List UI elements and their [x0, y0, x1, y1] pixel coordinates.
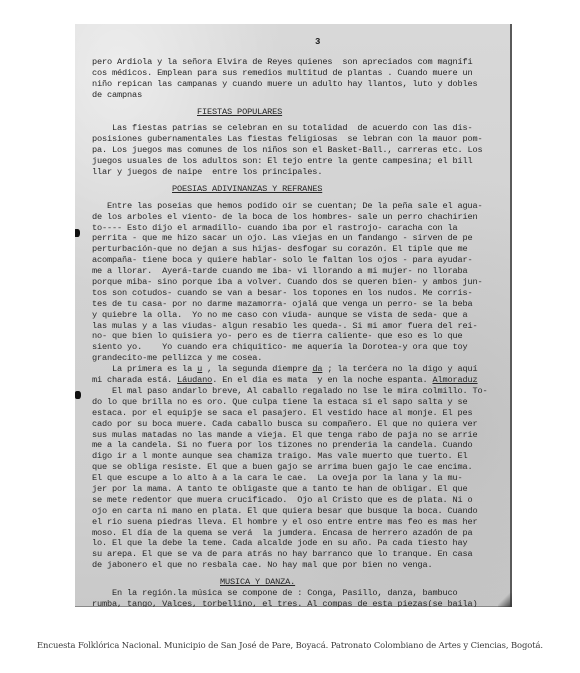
- proverb-line: de jabonero el que no resbala cae. No ha…: [92, 560, 504, 571]
- poesias-line: tos son cotudos- cuando se van a besar- …: [92, 288, 504, 299]
- musica-line: rumba, tango, Valces, torbellino, el tre…: [92, 599, 504, 607]
- proverb-line: el rio suena piedras lleva. El hombre y …: [92, 517, 504, 528]
- margin-ink-mark: [75, 391, 81, 399]
- riddle-answer: Almoraduz: [433, 375, 478, 385]
- margin-ink-mark: [75, 229, 80, 237]
- section-heading-fiestas: FIESTAS POPULARES: [92, 107, 504, 118]
- poesias-line: perrita - que me hizo sacar un ojo. Las …: [92, 233, 504, 244]
- riddle-line: La primera es la u , la segunda diempre …: [92, 364, 504, 375]
- proverb-line: sus mulas matadas no las mande a vieja. …: [92, 430, 504, 441]
- section-heading-musica: MUSICA Y DANZA.: [92, 577, 504, 588]
- proverb-line: El mal paso andarlo breve, Al caballo re…: [92, 386, 504, 397]
- poesias-line: me a llorar. Ayerá-tarde cuando me iba- …: [92, 266, 504, 277]
- proverb-line: que se obliga resiste. El que a buen gaj…: [92, 462, 504, 473]
- riddle-answer: Láudano: [177, 375, 212, 385]
- section-heading-poesias: POESIAS ADIVINANZAS Y REFRANES: [92, 184, 504, 195]
- intro-line: pero Ardiola y la señora Elvira de Reyes…: [92, 57, 504, 68]
- poesias-line: perturbación-que no dejan a sus hijas- d…: [92, 244, 504, 255]
- page-number: 3: [315, 37, 320, 47]
- poesias-line: y quiebre la olla. Yo no me caso con viu…: [92, 310, 504, 321]
- musica-line: En la región.la música se compone de : C…: [92, 588, 504, 599]
- fiestas-line: juegos usuales de los adultos son: El te…: [92, 156, 504, 167]
- poesias-line: acompaña- tiene boca y quiere hablar- so…: [92, 255, 504, 266]
- poesias-line: de los arboles el viento- de la boca de …: [92, 212, 504, 223]
- proverb-line: estaca. por el equipje se saca el pasaje…: [92, 408, 504, 419]
- proverb-line: me a la candela. Si no fuera por los tiz…: [92, 440, 504, 451]
- poesias-line: Entre las poseias que hemos podido oir s…: [92, 201, 504, 212]
- poesias-line: grandecito-me pellizca y me cosea.: [92, 353, 504, 364]
- fiestas-line: llar y juegos de naipe entre los princip…: [92, 167, 504, 178]
- fiestas-line: pa. Los juegos mas comunes de los niños …: [92, 145, 504, 156]
- proverb-line: se mete redentor que muera crucificado. …: [92, 495, 504, 506]
- proverb-line: ojo en carta ni mano en plata. El que qu…: [92, 506, 504, 517]
- proverb-line: digo ir a l monte aunque sea chamiza tra…: [92, 451, 504, 462]
- poesias-line: las mulas y a las viudas- algun resabio …: [92, 321, 504, 332]
- riddle-line: mi charada está. Láudano. En el dia es m…: [92, 375, 504, 386]
- image-caption: Encuesta Folklórica Nacional. Municipio …: [0, 640, 580, 650]
- intro-line: cos médicos. Emplean para sus remedios m…: [92, 68, 504, 79]
- intro-line: niño repican las campanas y cuando muere…: [92, 79, 504, 90]
- proverb-line: su arepa. El que se va de para atrás no …: [92, 549, 504, 560]
- poesias-line: no- que bien lo quisiera yo- pero es de …: [92, 331, 504, 342]
- proverb-line: jer por la mama. A tanto te obligaste qu…: [92, 484, 504, 495]
- poesias-line: siento yo. Yo cuando era chiquitico- me …: [92, 342, 504, 353]
- poesias-line: tes de tu casa- por no darme mazamorra- …: [92, 299, 504, 310]
- proverb-line: do lo que brilla no es oro. Que culpa ti…: [92, 397, 504, 408]
- proverb-line: moso. El día de la quema se verá la jumd…: [92, 528, 504, 539]
- proverb-line: cado por su boca muere. Cada caballo bus…: [92, 419, 504, 430]
- scanned-document-page: 3 pero Ardiola y la señora Elvira de Rey…: [75, 24, 512, 607]
- fiestas-line: posisiones gubernamentales Las fiestas f…: [92, 134, 504, 145]
- poesias-line: porque miba- sino porque iba a volver. C…: [92, 277, 504, 288]
- intro-line: de campnas: [92, 90, 504, 101]
- typed-text-body: pero Ardiola y la señora Elvira de Reyes…: [92, 57, 504, 607]
- proverb-line: El que escupe a lo alto à a la cara le c…: [92, 473, 504, 484]
- proverb-line: lo. El que la debe la teme. Cada alcalde…: [92, 538, 504, 549]
- fiestas-line: Las fiestas patrias se celebran en su to…: [92, 123, 504, 134]
- poesias-line: to---- Esto dijo el armadillo- cuando ib…: [92, 223, 504, 234]
